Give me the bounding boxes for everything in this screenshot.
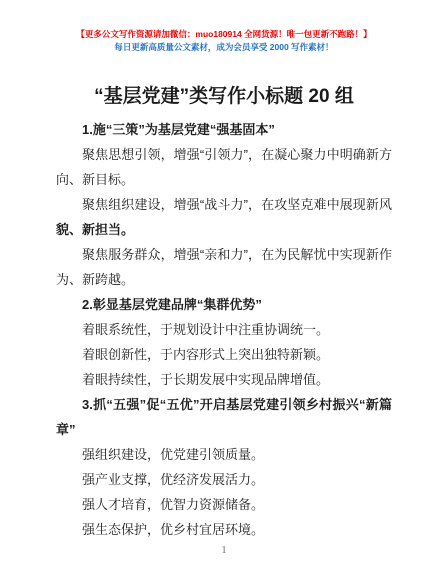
text-segment: 着眼系统性，于规划设计中注重协调统一。	[82, 322, 329, 337]
page-footer: 1	[0, 540, 448, 558]
document-title: “基层党建”类写作小标题 20 组	[56, 84, 392, 110]
header-promo-line-1: 【更多公文写作资源请加微信：muo180914 全网货源！唯一包更新不跑路！】	[56, 28, 392, 41]
body-paragraph: 聚焦组织建设，增强“战斗力”，在攻坚克难中展现新风貌、新担当。	[56, 192, 392, 242]
body-paragraph: 强产业支撑，优经济发展活力。	[56, 467, 392, 492]
document-page: 【更多公文写作资源请加微信：muo180914 全网货源！唯一包更新不跑路！】 …	[0, 0, 448, 580]
body-paragraph: 聚焦思想引领，增强“引领力”，在凝心聚力中明确新方向、新目标。	[56, 142, 392, 192]
text-segment: 1.施“三策”为基层党建“强基固本”	[82, 122, 275, 137]
header-promo-line-2: 每日更新高质量公文素材，成为会员享受 2000 写作素材！	[56, 41, 392, 54]
text-segment: 着眼持续性，于长期发展中实现品牌增值。	[82, 372, 329, 387]
body-paragraph: 强人才培育，优智力资源储备。	[56, 492, 392, 517]
text-segment: 强组织建设，优党建引领质量。	[82, 447, 264, 462]
body-paragraph: 聚焦服务群众，增强“亲和力”，在为民解忧中实现新作为、新跨越。	[56, 242, 392, 292]
text-segment: 聚焦服务群众，增强“亲和力”，在为民解忧中实现新作为、新跨越。	[56, 247, 392, 287]
body-paragraph: 着眼系统性，于规划设计中注重协调统一。	[56, 317, 392, 342]
body-paragraph: 着眼创新性，于内容形式上突出独特新颖。	[56, 342, 392, 367]
text-segment: 强人才培育，优智力资源储备。	[82, 497, 264, 512]
bold-text-segment: 貌、新担当。	[56, 222, 134, 237]
document-body: 1.施“三策”为基层党建“强基固本”聚焦思想引领，增强“引领力”，在凝心聚力中明…	[56, 117, 392, 542]
body-paragraph: 强组织建设，优党建引领质量。	[56, 442, 392, 467]
section-heading: 1.施“三策”为基层党建“强基固本”	[56, 117, 392, 142]
text-segment: 聚焦思想引领，增强“引领力”，在凝心聚力中明确新方向、新目标。	[56, 147, 392, 187]
section-heading: 3.抓“五强”促“五优”开启基层党建引领乡村振兴“新篇章”	[56, 392, 392, 442]
page-number: 1	[222, 545, 227, 556]
body-paragraph: 强生态保护，优乡村宜居环境。	[56, 517, 392, 542]
text-segment: 聚焦组织建设，增强“战斗力”，在攻坚克难中展现新风	[82, 197, 392, 212]
text-segment: 3.抓“五强”促“五优”开启基层党建引领乡村振兴“新篇	[82, 397, 392, 412]
bold-text-segment: 章”	[56, 422, 76, 437]
section-heading: 2.彰显基层党建品牌“集群优势”	[56, 292, 392, 317]
document-header: 【更多公文写作资源请加微信：muo180914 全网货源！唯一包更新不跑路！】 …	[56, 28, 392, 54]
text-segment: 强产业支撑，优经济发展活力。	[82, 472, 264, 487]
text-segment: 2.彰显基层党建品牌“集群优势”	[82, 297, 262, 312]
text-segment: 着眼创新性，于内容形式上突出独特新颖。	[82, 347, 329, 362]
body-paragraph: 着眼持续性，于长期发展中实现品牌增值。	[56, 367, 392, 392]
text-segment: 强生态保护，优乡村宜居环境。	[82, 522, 264, 537]
